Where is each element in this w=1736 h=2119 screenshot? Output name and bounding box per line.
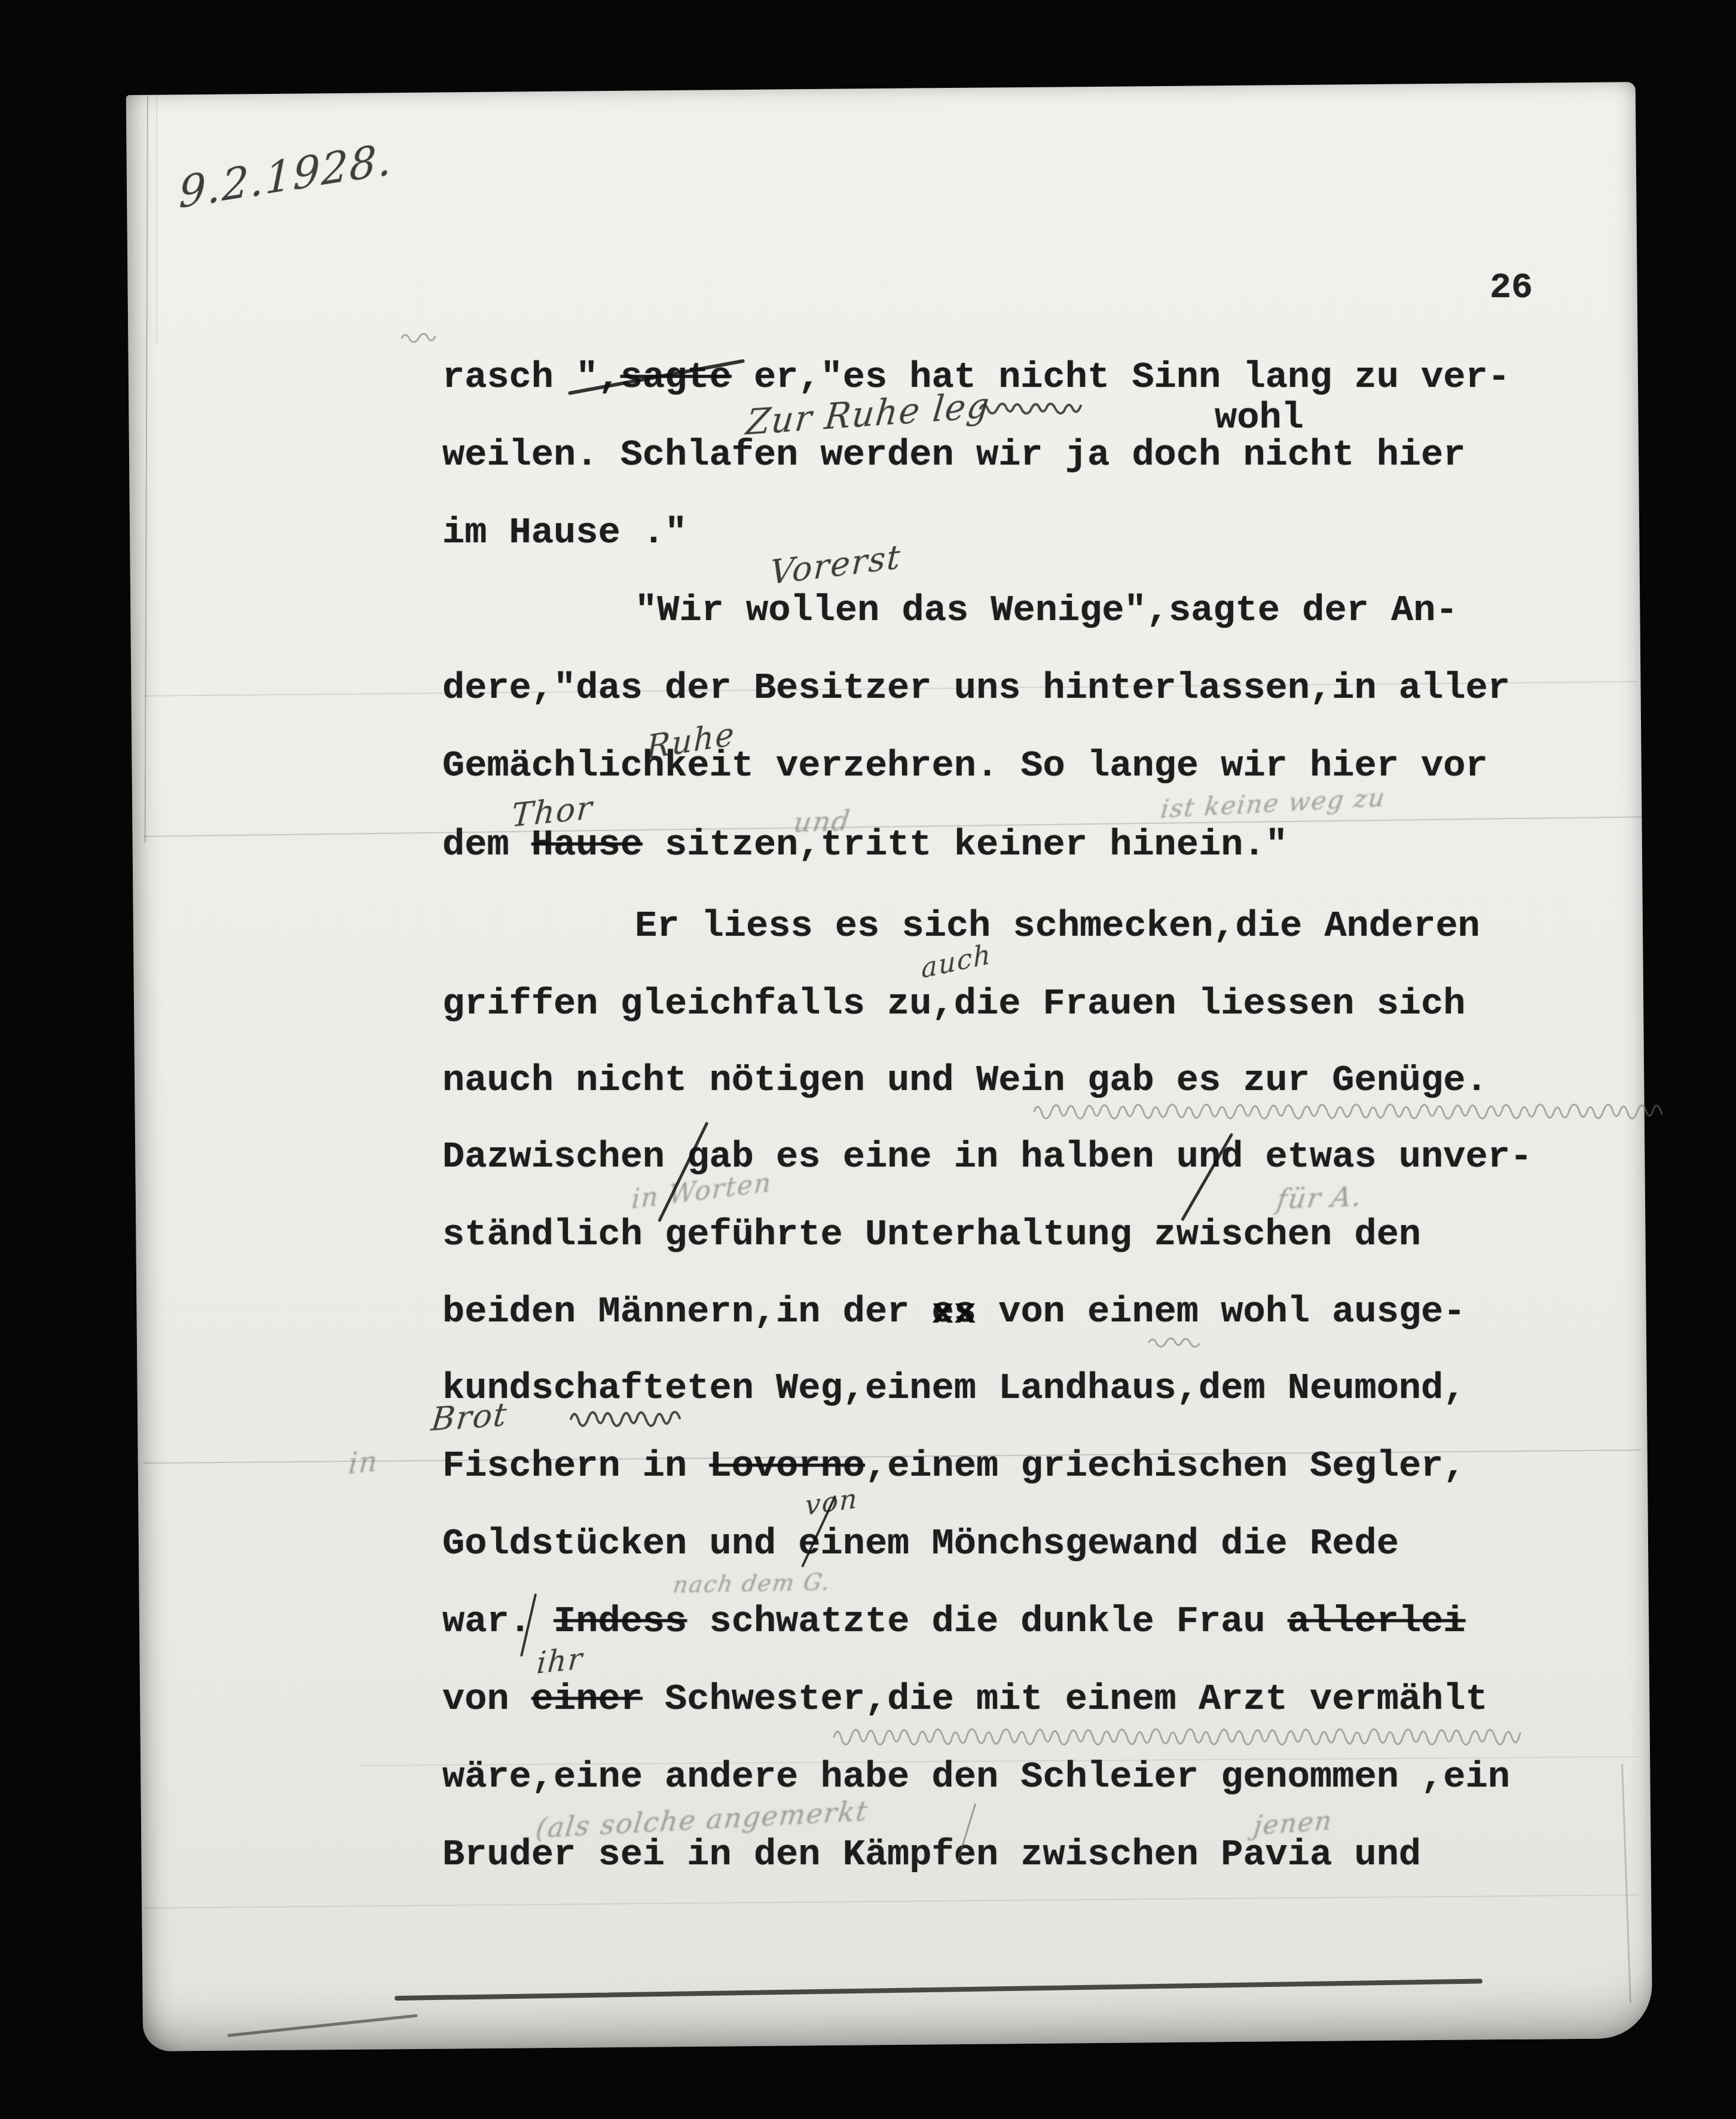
handwritten-annotation: nach dem G. bbox=[671, 1568, 833, 1598]
handwritten-annotation: 9.2.1928. bbox=[179, 133, 393, 218]
handwritten-annotation: und bbox=[791, 804, 852, 839]
handwritten-annotation: ihr bbox=[536, 1641, 585, 1681]
handwritten-annotation: in Worten bbox=[631, 1167, 772, 1215]
ink-scrawl-tail bbox=[980, 399, 1088, 417]
handwriting-layer: 9.2.1928.Zur Ruhe legVorerstRuheThorundi… bbox=[0, 0, 1736, 2119]
handwritten-annotation: (als solche angemerkt bbox=[534, 1794, 870, 1845]
handwritten-annotation: jenen bbox=[1252, 1805, 1334, 1842]
handwritten-annotation: für A. bbox=[1275, 1180, 1365, 1215]
strikeout-stroke bbox=[568, 359, 745, 395]
closing-bar bbox=[956, 1803, 976, 1863]
handwritten-annotation: Brot bbox=[429, 1395, 509, 1439]
handwritten-annotation: Thor bbox=[511, 788, 595, 835]
pencil-mark bbox=[1149, 1335, 1206, 1350]
ink-scrawl bbox=[571, 1406, 684, 1431]
handwritten-annotation: Zur Ruhe leg bbox=[744, 384, 992, 442]
insertion-slash bbox=[1181, 1133, 1233, 1222]
illegible-pencil-note bbox=[834, 1723, 1527, 1751]
illegible-pencil-note bbox=[1034, 1099, 1668, 1124]
handwritten-annotation: ist keine weg zu bbox=[1159, 782, 1387, 823]
insertion-bar bbox=[520, 1593, 537, 1657]
scanned-page-background: 26 rasch ",sagte er,"es hat nicht Sinn l… bbox=[0, 0, 1736, 2119]
handwritten-annotation: in bbox=[347, 1444, 380, 1481]
handwritten-annotation: Ruhe bbox=[646, 715, 735, 767]
margin-mark bbox=[402, 330, 439, 346]
handwritten-annotation: auch bbox=[921, 937, 992, 985]
handwritten-annotation: Vorerst bbox=[769, 537, 903, 593]
